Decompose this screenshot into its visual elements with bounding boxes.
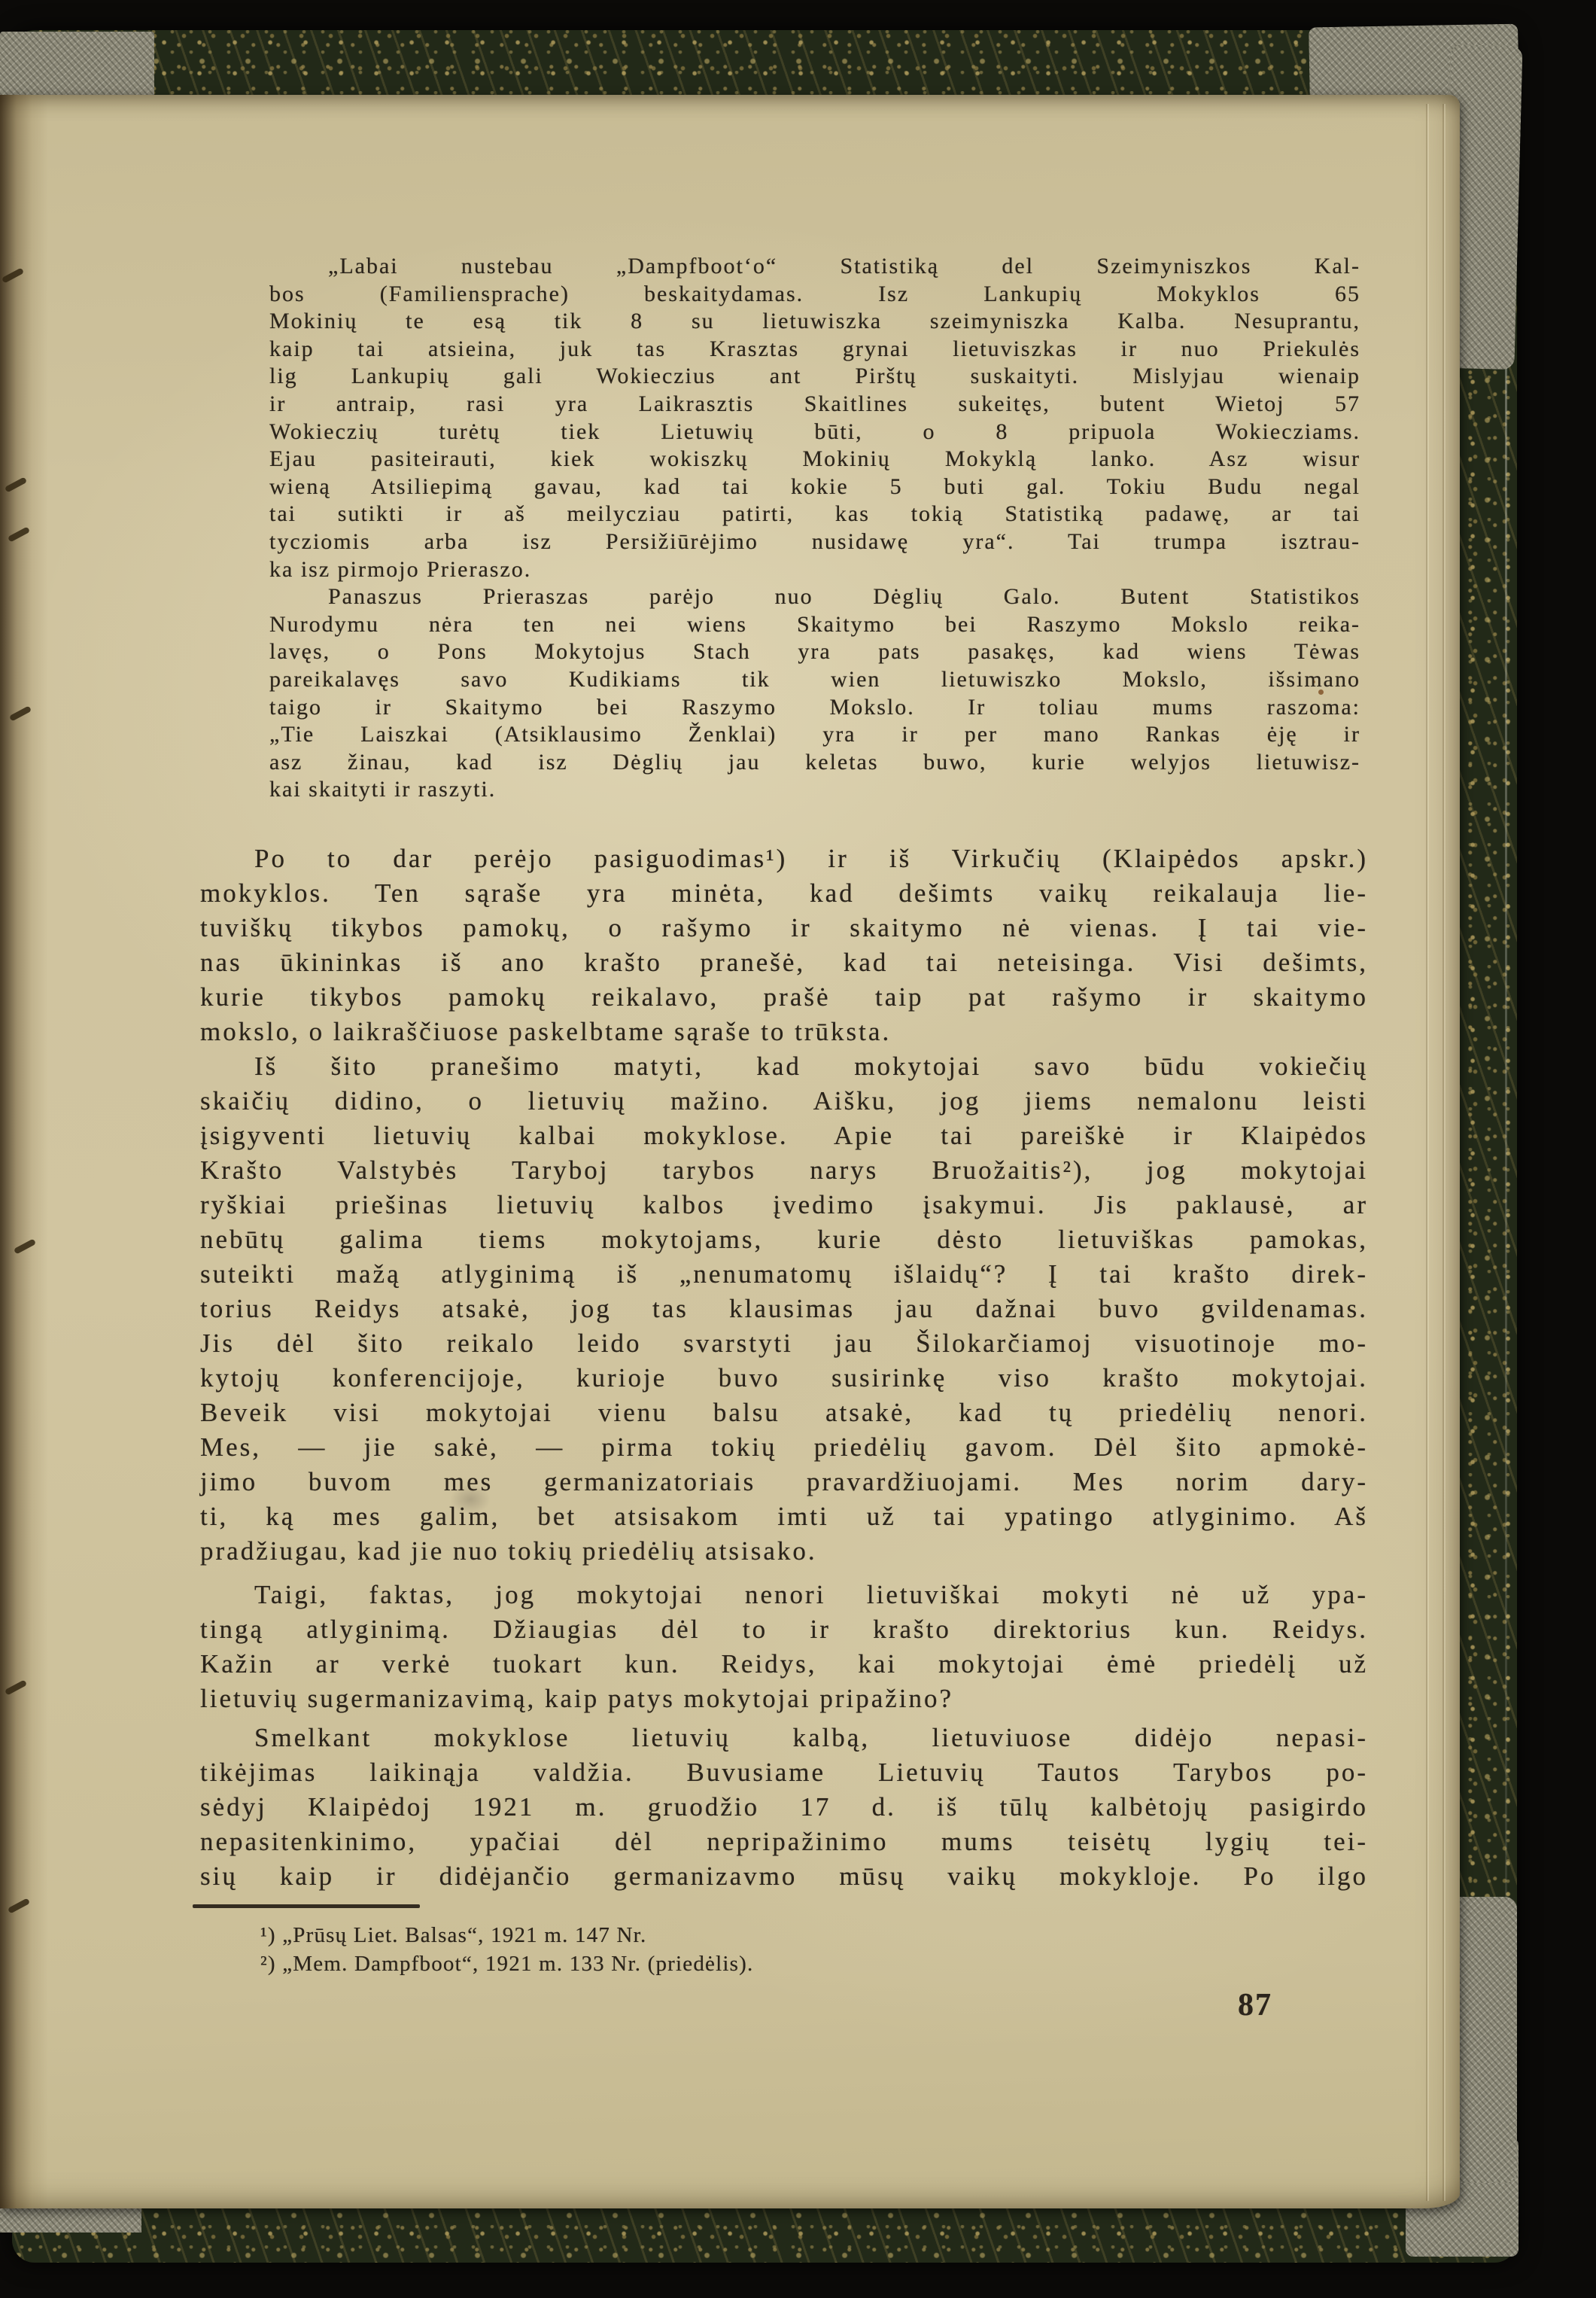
text-line: skaičių didino, o lietuvių mažino. Aišku… — [200, 1084, 1368, 1119]
footnotes-block: ¹) „Prūsų Liet. Balsas“, 1921 m. 147 Nr.… — [260, 1921, 1254, 1978]
text-line: Kažin ar verkė tuokart kun. Reidys, kai … — [200, 1647, 1368, 1682]
text-line: nebūtų galima tiems mokytojams, kurie dė… — [200, 1222, 1368, 1257]
text-line: Mokinių te esą tik 8 su lietuwiszka szei… — [269, 308, 1360, 336]
text-line: įsigyventi lietuvių kalbai mokyklose. Ap… — [200, 1119, 1368, 1153]
text-line: Taigi, faktas, jog mokytojai nenori liet… — [200, 1578, 1368, 1612]
text-line: kaip tai atsieina, juk tas Krasztas gryn… — [269, 336, 1360, 364]
text-line: lavęs, o Pons Mokytojus Stach yra pats p… — [269, 638, 1360, 666]
text-line: Beveik visi mokytojai vienu balsu atsakė… — [200, 1396, 1368, 1430]
text-line: nepasitenkinimo, ypačiai dėl nepripažini… — [200, 1825, 1368, 1859]
text-line: mokslo, o laikraščiuose paskelbtame sąra… — [200, 1015, 1368, 1049]
footnote-separator-rule — [193, 1904, 420, 1908]
text-line: ¹) „Prūsų Liet. Balsas“, 1921 m. 147 Nr. — [260, 1921, 1254, 1949]
text-line: ²) „Mem. Dampfboot“, 1921 m. 133 Nr. (pr… — [260, 1949, 1254, 1978]
text-line: tai sutikti ir aš meilycziau patirti, ka… — [269, 501, 1360, 528]
text-line: tycziomis arba isz Persižiūrėjimo nusida… — [269, 528, 1360, 556]
text-line: torius Reidys atsakė, jog tas klausimas … — [200, 1292, 1368, 1326]
text-line: ryškiai priešinas lietuvių kalbos įvedim… — [200, 1188, 1368, 1222]
text-line: Jis dėl šito reikalo leido svarstyti jau… — [200, 1326, 1368, 1361]
text-line: tuviškų tikybos pamokų, o rašymo ir skai… — [200, 911, 1368, 945]
text-line: wieną Atsiliepimą gavau, kad tai kokie 5… — [269, 473, 1360, 501]
text-line: nas ūkininkas iš ano krašto pranešė, kad… — [200, 945, 1368, 980]
text-line: ir antraip, rasi yra Laikrasztis Skaitli… — [269, 391, 1360, 419]
text-line: Mes, — jie sakė, — pirma tokių priedėlių… — [200, 1430, 1368, 1465]
cover-corner-fabric-top-left — [0, 32, 154, 101]
text-line: Po to dar perėjo pasiguodimas¹) ir iš Vi… — [200, 842, 1368, 876]
body-paragraph-2: Iš šito pranešimo matyti, kad mokytojai … — [200, 1049, 1368, 1569]
text-line: kurie tikybos pamokų reikalavo, prašė ta… — [200, 980, 1368, 1015]
text-line: jimo buvom mes germanizatoriais pravardž… — [200, 1465, 1368, 1499]
text-line: tingą atlyginimą. Džiaugias dėl to ir kr… — [200, 1612, 1368, 1647]
text-line: pareikalavęs savo Kudikiams tik wien lie… — [269, 666, 1360, 694]
text-line: ti, ką mes galim, bet atsisakom imti už … — [200, 1499, 1368, 1534]
text-line: Smelkant mokyklose lietuvių kalbą, lietu… — [200, 1721, 1368, 1755]
text-line: „Labai nustebau „Dampfboot‘o“ Statistiką… — [269, 253, 1360, 281]
text-line: Krašto Valstybės Taryboj tarybos narys B… — [200, 1153, 1368, 1188]
text-line: taigo ir Skaitymo bei Raszymo Mokslo. Ir… — [269, 694, 1360, 722]
text-line: Panaszus Prieraszas parėjo nuo Dėglių Ga… — [269, 583, 1360, 611]
text-line: Ejau pasiteirauti, kiek wokiszkų Mokinių… — [269, 446, 1360, 473]
page-number: 87 — [1238, 1987, 1272, 2023]
text-line: ka isz pirmojo Prieraszo. — [269, 556, 1360, 584]
page-gutter-shadow — [0, 95, 48, 2208]
text-line: sių kaip ir didėjančio germanizavmo mūsų… — [200, 1859, 1368, 1894]
text-line: pradžiugau, kad jie nuo tokių priedėlių … — [200, 1534, 1368, 1569]
text-line: bos (Familiensprache) beskaitydamas. Isz… — [269, 281, 1360, 309]
text-line: mokyklos. Ten sąraše yra minėta, kad deš… — [200, 876, 1368, 911]
text-line: tikėjimas laikinąja valdžia. Buvusiame L… — [200, 1755, 1368, 1790]
quoted-excerpt-block: „Labai nustebau „Dampfboot‘o“ Statistiką… — [269, 253, 1360, 804]
text-line: sėdyj Klaipėdoj 1921 m. gruodžio 17 d. i… — [200, 1790, 1368, 1825]
text-line: kai skaityti ir raszyti. — [269, 776, 1360, 804]
body-paragraph-3: Taigi, faktas, jog mokytojai nenori liet… — [200, 1578, 1368, 1716]
body-paragraph-4: Smelkant mokyklose lietuvių kalbą, lietu… — [200, 1721, 1368, 1894]
text-line: kytojų konferencijoje, kurioje buvo susi… — [200, 1361, 1368, 1396]
text-line: Wokieczių turėtų tiek Lietuwių būti, o 8… — [269, 419, 1360, 446]
page-stack-edges — [1419, 104, 1457, 2201]
text-line: lietuvių sugermanizavimą, kaip patys mok… — [200, 1682, 1368, 1716]
text-line: „Tie Laiszkai (Atsiklausimo Ženklai) yra… — [269, 721, 1360, 749]
text-line: asz žinau, kad isz Dėglių jau keletas bu… — [269, 749, 1360, 777]
body-paragraph-1: Po to dar perėjo pasiguodimas¹) ir iš Vi… — [200, 842, 1368, 1049]
text-line: lig Lankupių gali Wokieczius ant Pirštų … — [269, 363, 1360, 391]
text-line: Nurodymu nėra ten nei wiens Skaitymo bei… — [269, 611, 1360, 639]
text-line: suteikti mažą atlyginimą iš „nenumatomų … — [200, 1257, 1368, 1292]
text-line: Iš šito pranešimo matyti, kad mokytojai … — [200, 1049, 1368, 1084]
book-scan: „Labai nustebau „Dampfboot‘o“ Statistiką… — [0, 0, 1596, 2298]
